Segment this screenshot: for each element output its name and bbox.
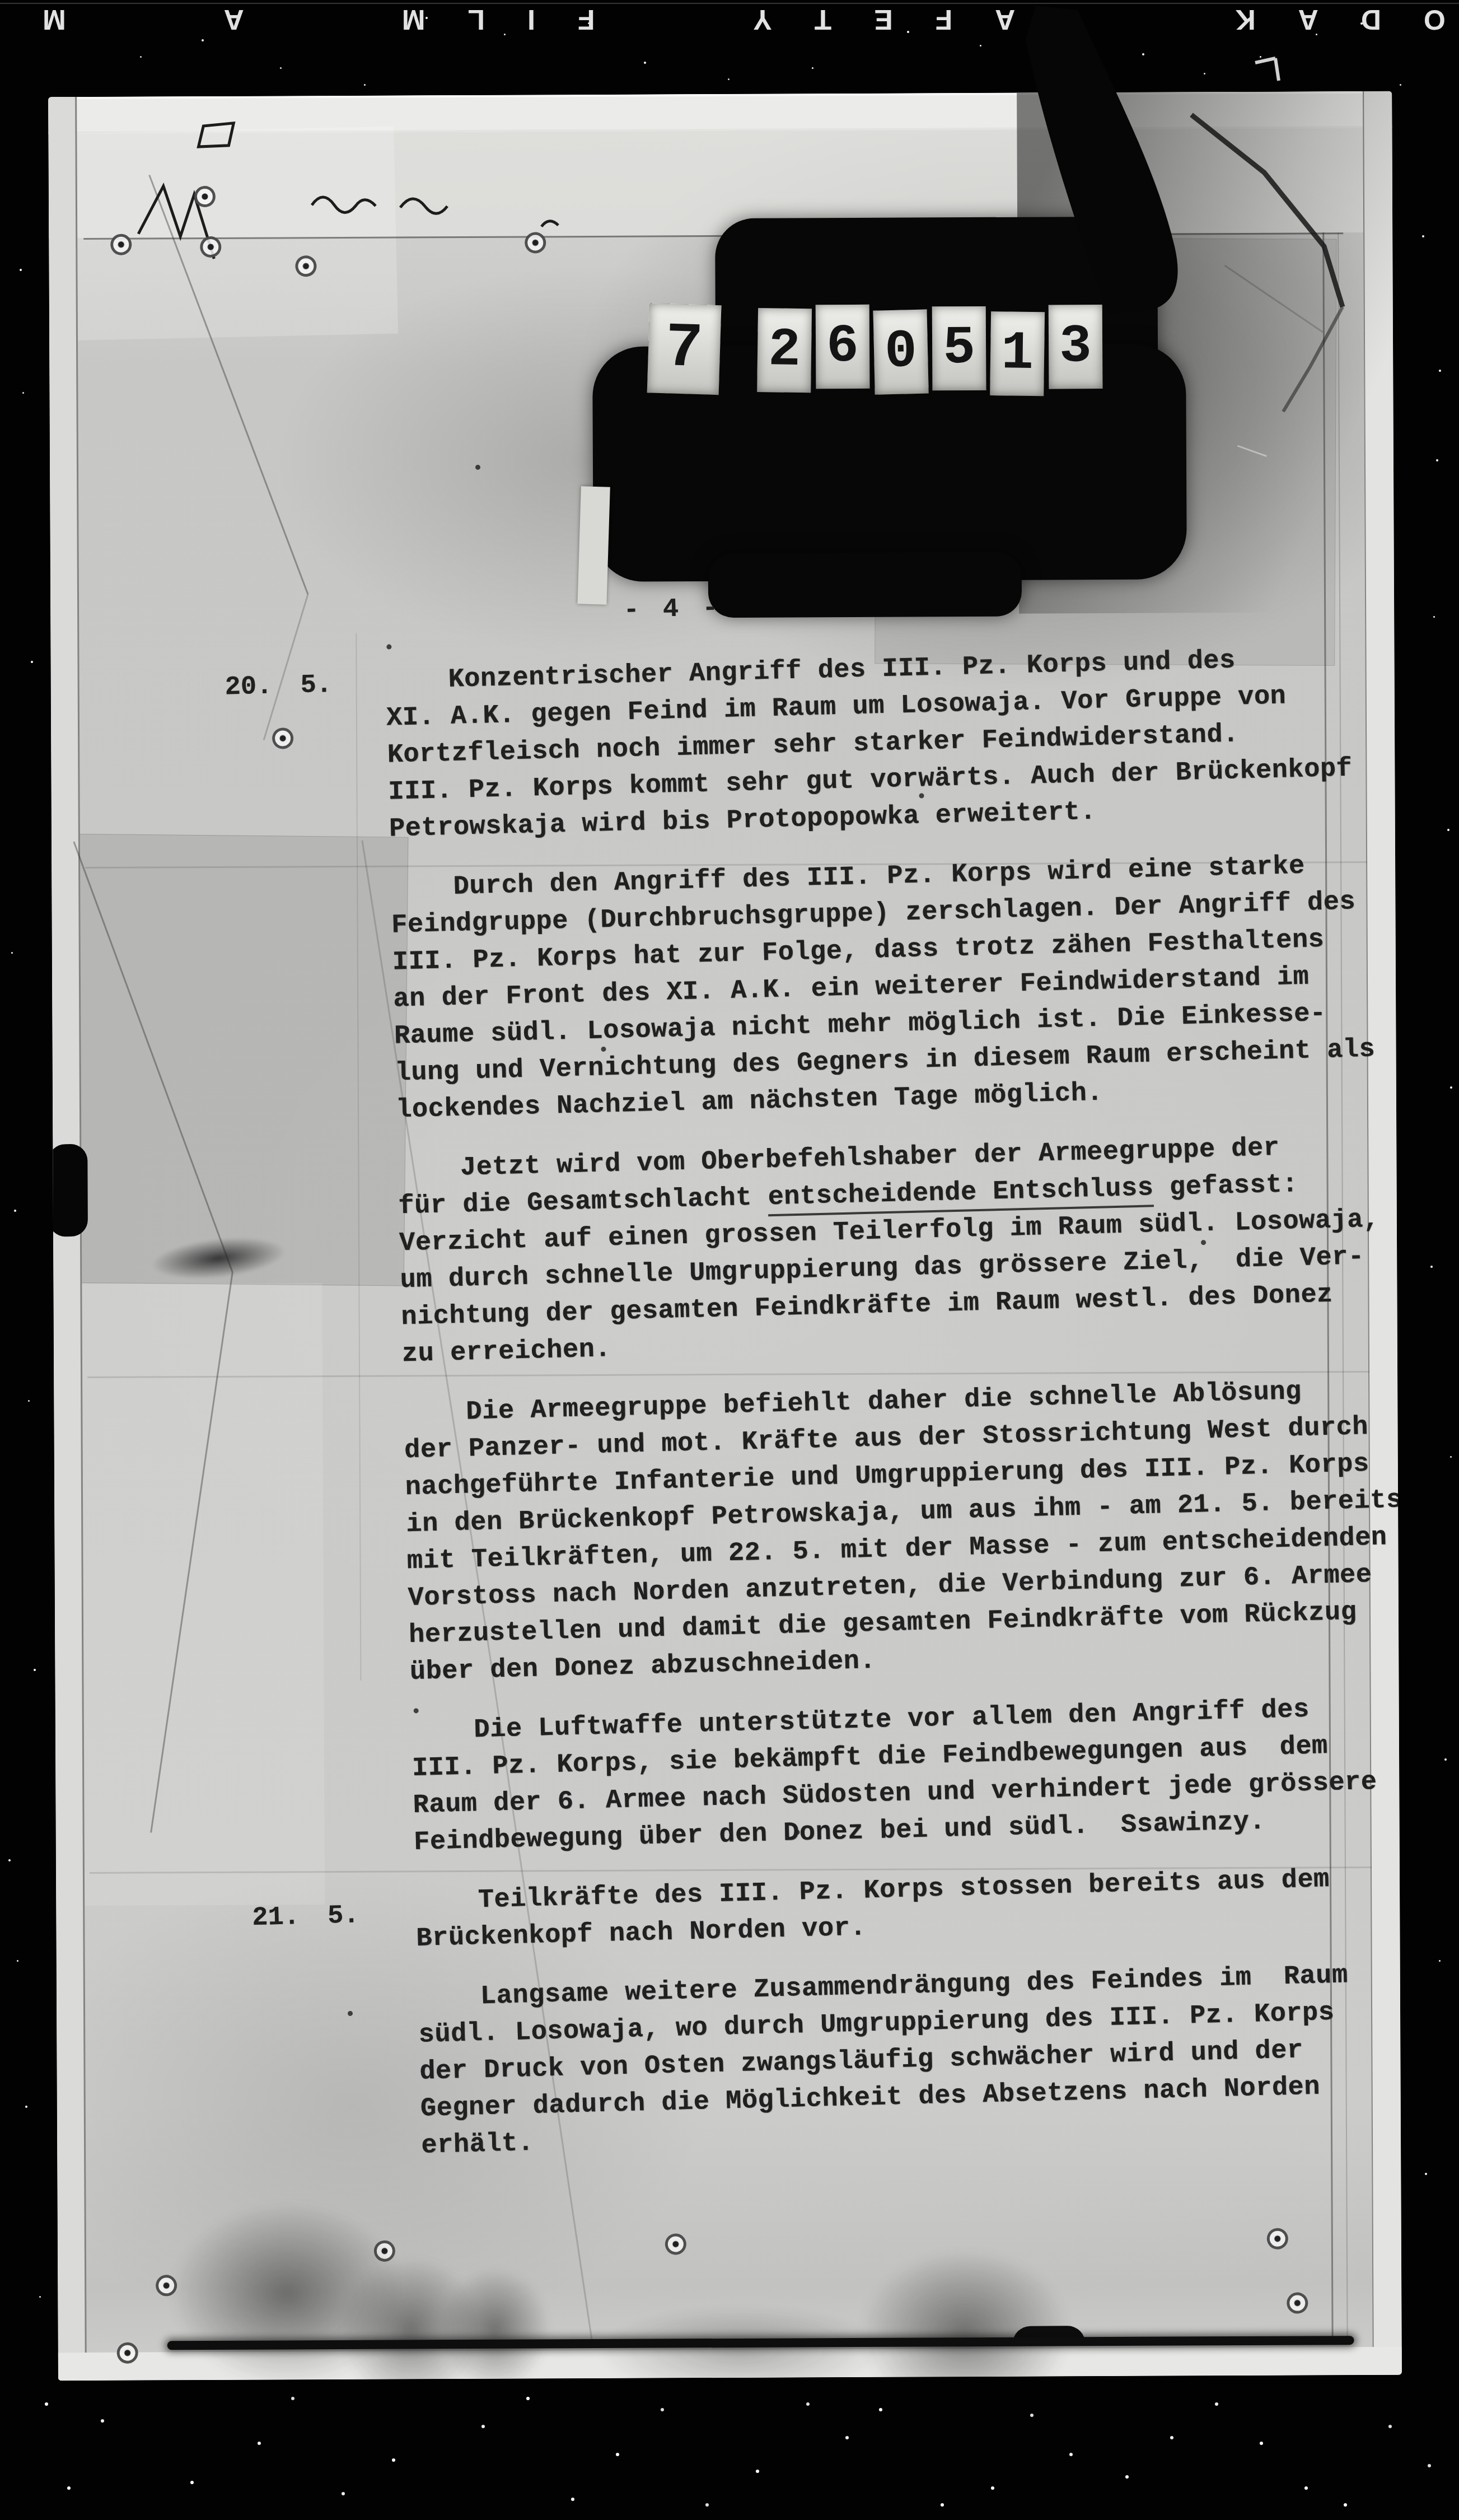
ink-spot	[475, 465, 480, 470]
counter-digit-cell: 0	[873, 310, 928, 395]
torn-edge-notch	[48, 1144, 88, 1236]
registration-mark	[1267, 2228, 1288, 2250]
counter-digit: 1	[1001, 326, 1034, 381]
text-segment: gefasst:	[1153, 1170, 1299, 1203]
counter-digit-cell: 7	[647, 303, 722, 395]
counter-digit-cell: 1	[990, 311, 1045, 396]
margin-date: 21. 5.	[252, 1897, 360, 1937]
counter-digit-cell: 5	[932, 306, 986, 390]
registration-mark	[117, 2342, 138, 2364]
counter-left-digit: 7	[665, 317, 704, 381]
counter-digit-cell: 6	[816, 305, 870, 389]
paragraph: Langsame weitere Zusammendrängung des Fe…	[417, 1957, 1385, 2165]
margin-date: 20. 5.	[225, 667, 333, 707]
registration-mark	[525, 232, 546, 253]
text-segment: für die Gesamtschlacht	[398, 1183, 768, 1221]
counter-digit-cell: 3	[1049, 305, 1103, 389]
film-brand-text: KODAK SAFETY FILM A M	[0, 4, 1459, 34]
registration-mark	[665, 2233, 686, 2255]
document-text: 20. 5. 21. 5. - 4 - Konzentrischer Angri…	[384, 575, 1385, 2187]
ink-spot	[348, 2011, 353, 2016]
counter-digit: 3	[1059, 320, 1092, 374]
paragraph: Die Luftwaffe unterstützte vor allem den…	[411, 1690, 1377, 1861]
counter-digit: 0	[884, 325, 918, 379]
film-dust	[0, 0, 2, 2]
registration-mark	[194, 186, 216, 207]
microfilm-frame: KODAK SAFETY FILM A M	[0, 0, 1459, 2520]
paragraph: Konzentrischer Angriff des III. Pz. Korp…	[385, 640, 1353, 848]
registration-mark	[1287, 2292, 1308, 2313]
bright-mark	[1255, 58, 1279, 81]
paragraph: Teilkräfte des III. Pz. Korps stossen be…	[415, 1860, 1379, 1958]
counter-digit-cell: 2	[757, 308, 812, 393]
tape-tab	[577, 486, 610, 604]
paragraph: Die Armeegruppe befiehlt daher die schne…	[403, 1372, 1373, 1691]
counter-digit: 2	[768, 323, 801, 377]
photo-page: 7 2 6 0 5 1 3 20. 5. 21. 5. - 4 - Konzen…	[48, 91, 1402, 2381]
paragraph: Durch den Angriff des III. Pz. Korps wir…	[390, 847, 1359, 1129]
paragraph: Jetzt wird vom Oberbefehlshaber der Arme…	[397, 1128, 1365, 1373]
counter-digit: 5	[943, 321, 975, 375]
film-edge-marking: KODAK SAFETY FILM A M	[0, 4, 1459, 34]
registration-mark	[200, 236, 221, 258]
registration-mark	[110, 234, 132, 255]
registration-mark	[295, 255, 316, 277]
counter-digit: 6	[826, 320, 859, 374]
registration-mark	[272, 727, 293, 749]
